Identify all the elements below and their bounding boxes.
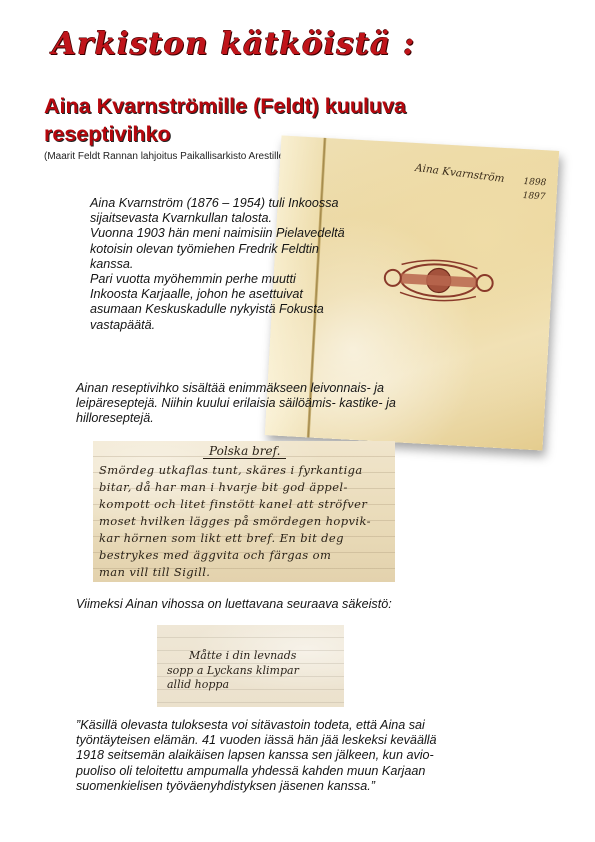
page-heading: Aina Kvarnströmille (Feldt) kuuluva rese…	[44, 92, 464, 148]
envelope-year: 1898	[523, 177, 546, 188]
bio-line: Vuonna 1903 hän meni naimisiin Pielavede…	[90, 226, 360, 241]
verse-line: sopp a Lyckans klimpar	[167, 664, 299, 677]
closing-quote: ”Käsillä olevasta tuloksesta voi sitävas…	[76, 718, 516, 794]
bio-line: Inkoosta Karjaalle, johon he asettuivat	[90, 287, 360, 302]
bio-line: asumaan Keskuskadulle nykyistä Fokusta	[90, 302, 360, 317]
envelope-year: 1897	[522, 191, 545, 202]
handwritten-recipe-photo-icon: Polska bref. Smördeg utkaflas tunt, skär…	[93, 441, 395, 582]
biography-text: Aina Kvarnström (1876 – 1954) tuli Inkoo…	[90, 196, 360, 333]
quote-line: ”Käsillä olevasta tuloksesta voi sitävas…	[76, 718, 516, 733]
recipe-line: kompott och litet finstött kanel att str…	[99, 497, 395, 511]
bio-line: vastapäätä.	[90, 318, 360, 333]
bio-line: sijaitsevasta Kvarnkullan talosta.	[90, 211, 360, 226]
quote-line: puoliso oli teloitettu ampumalla yhdessä…	[76, 764, 516, 779]
bio-line: Aina Kvarnström (1876 – 1954) tuli Inkoo…	[90, 196, 360, 211]
verse-line: Måtte i din levnads	[189, 649, 296, 662]
publisher-stamp-icon	[377, 253, 499, 308]
recipe-line: Smördeg utkaflas tunt, skäres i fyrkanti…	[99, 463, 395, 477]
verse-intro: Viimeksi Ainan vihossa on luettavana seu…	[76, 597, 392, 611]
intro-line: leipäreseptejä. Niihin kuului erilaisia …	[76, 396, 436, 411]
recipe-line: moset hvilken lägges på smördegen hopvik…	[99, 514, 395, 528]
verse-line: allid hoppa	[167, 678, 229, 691]
quote-line: 1918 seitsemän alaikäisen lapsen kanssa …	[76, 748, 516, 763]
recipe-line: kar hörnen som likt ett bref. En bit deg	[99, 531, 395, 545]
section-title: Arkiston kätköistä :	[52, 26, 415, 62]
bio-line: kotoisin olevan työmiehen Fredrik Feldti…	[90, 242, 360, 257]
bio-line: Pari vuotta myöhemmin perhe muutti	[90, 272, 360, 287]
handwritten-verse-photo-icon: Måtte i din levnads sopp a Lyckans klimp…	[157, 625, 344, 707]
donation-note: (Maarit Feldt Rannan lahjoitus Paikallis…	[44, 151, 287, 162]
intro-line: Ainan reseptivihko sisältää enimmäkseen …	[76, 381, 436, 396]
quote-line: suomenkielisen työväenyhdistyksen jäsene…	[76, 779, 516, 794]
bio-line: kanssa.	[90, 257, 360, 272]
intro-line: hilloreseptejä.	[76, 411, 436, 426]
envelope-signature: Aina Kvarnström	[414, 162, 505, 185]
recipe-line: bestrykes med äggvita och färgas om	[99, 548, 395, 562]
recipe-book-intro: Ainan reseptivihko sisältää enimmäkseen …	[76, 381, 436, 427]
recipe-line: bitar, då har man i hvarje bit god äppel…	[99, 480, 395, 494]
recipe-line: man vill till Sigill.	[99, 565, 395, 579]
recipe-title: Polska bref.	[203, 444, 286, 459]
quote-line: työntäyteisen elämän. 41 vuoden iässä hä…	[76, 733, 516, 748]
